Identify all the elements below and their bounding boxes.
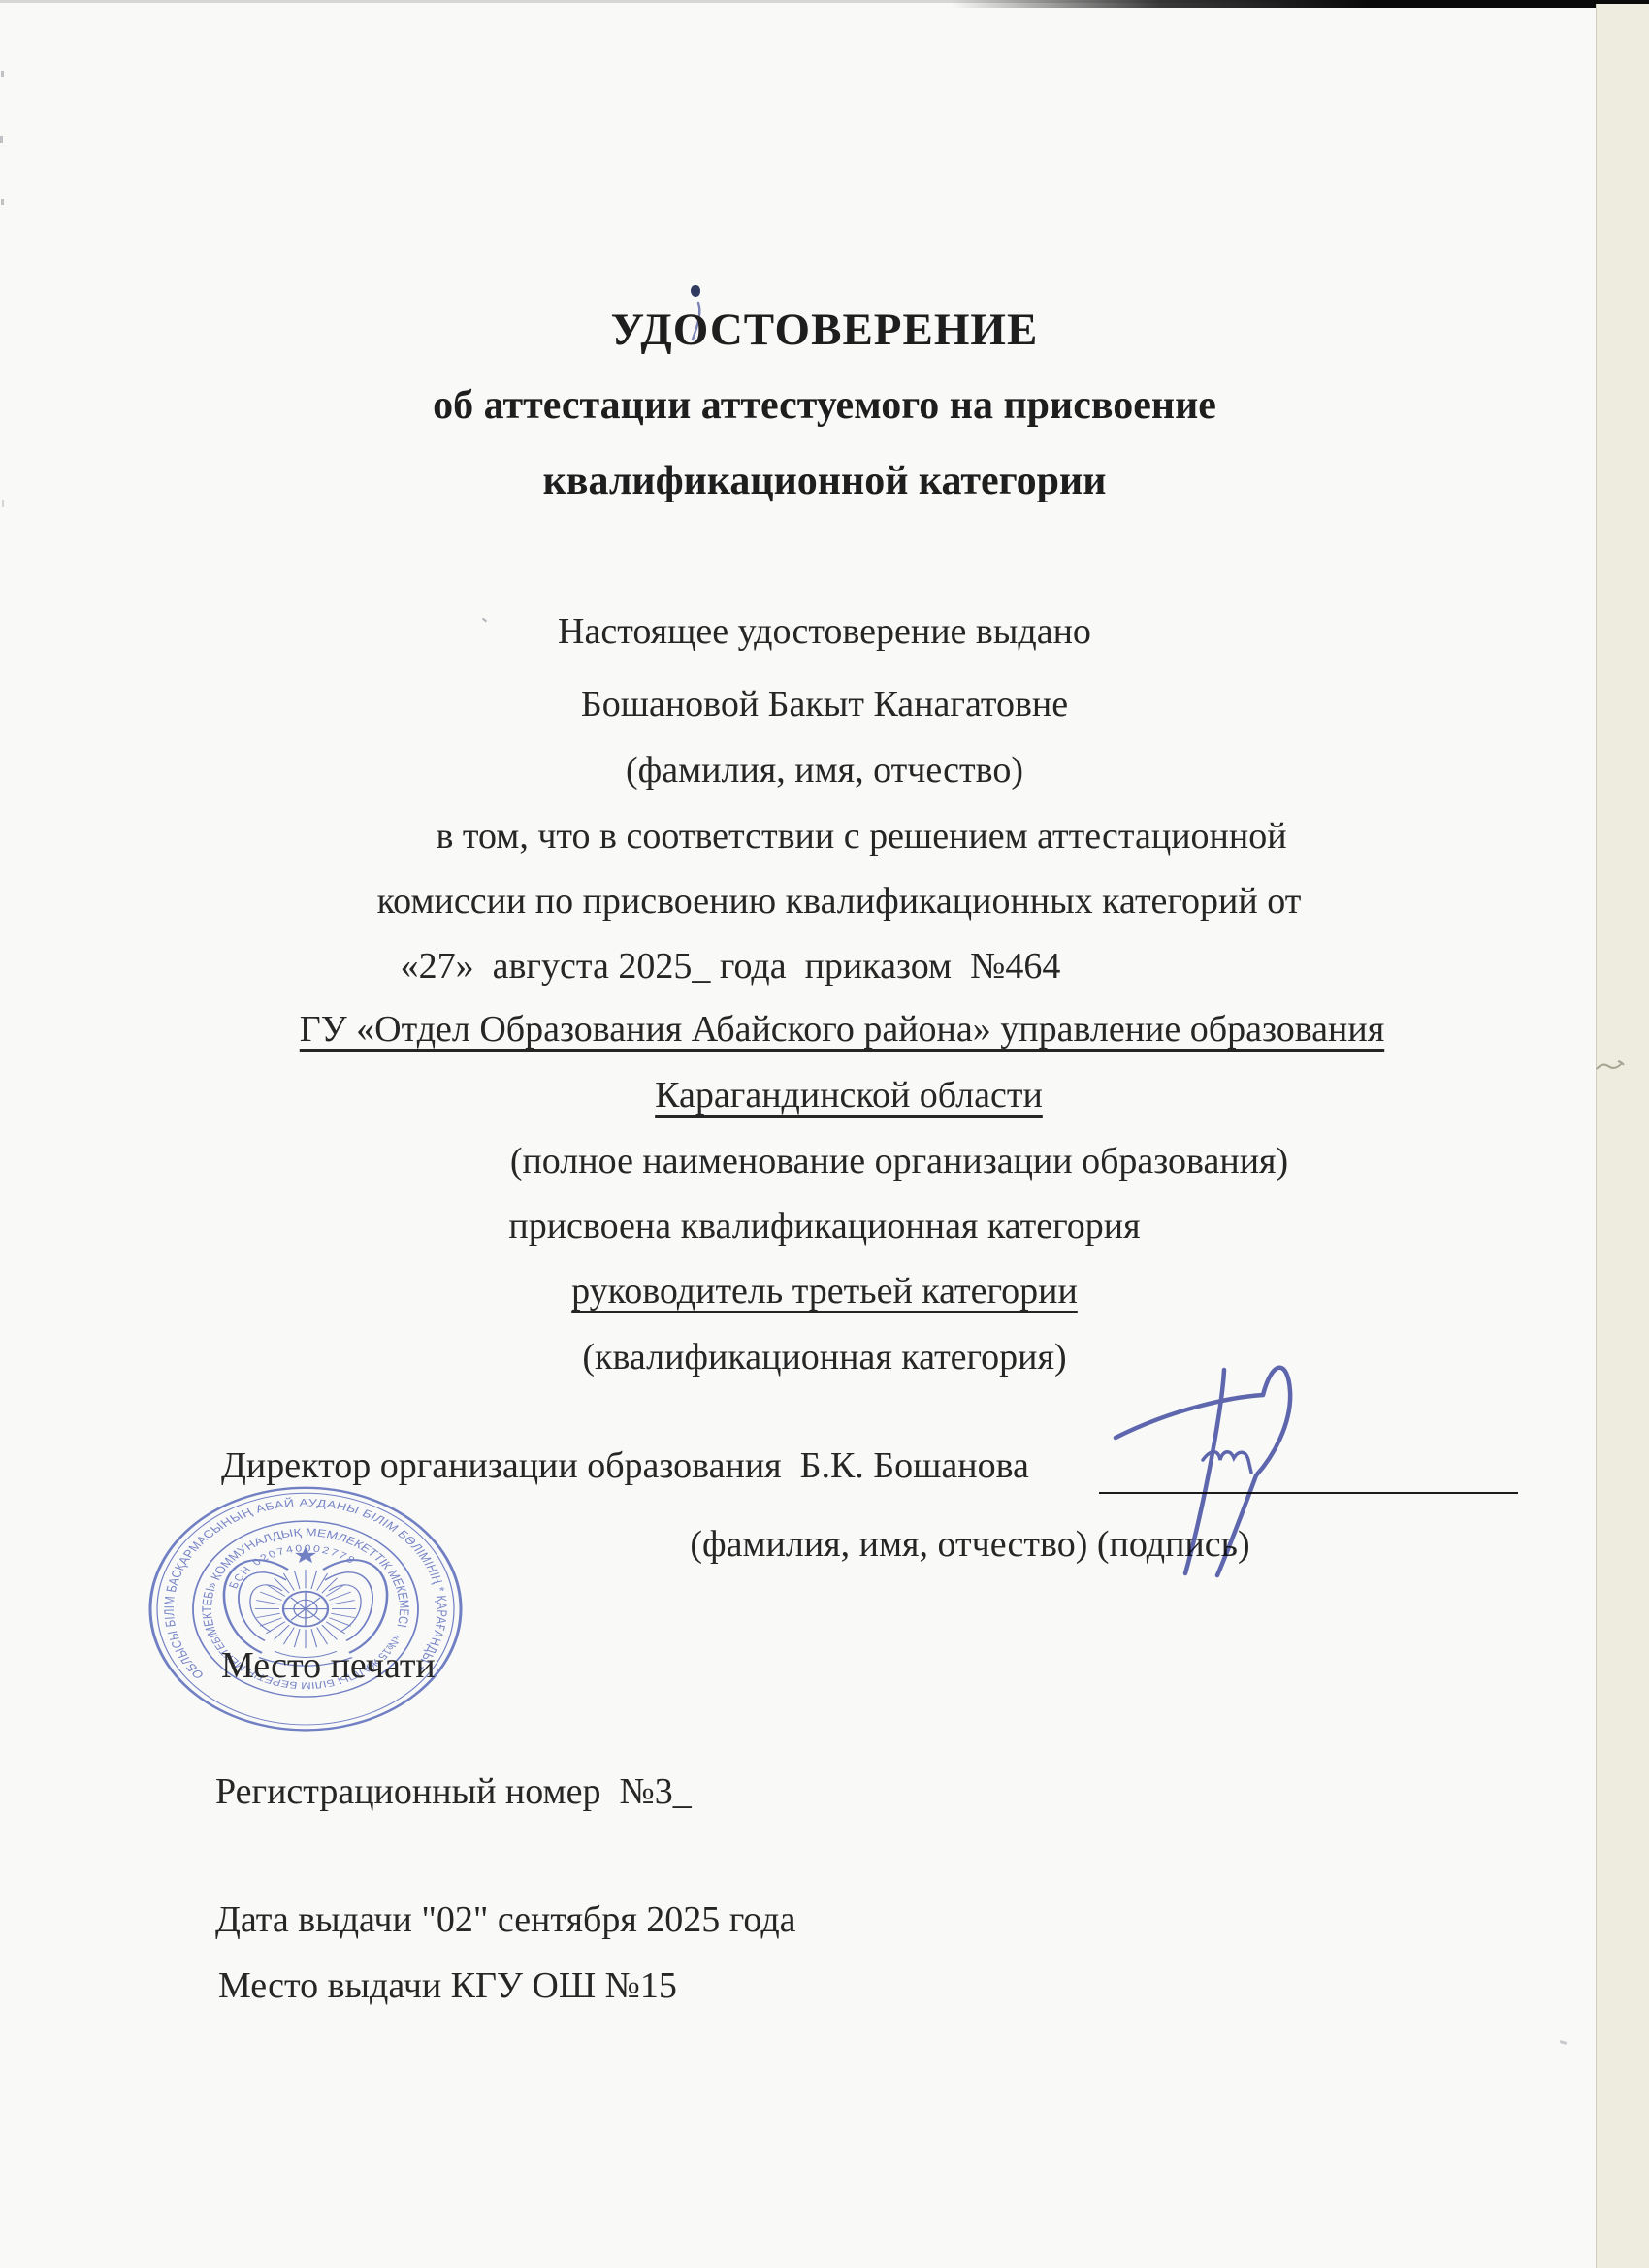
organization-line-2: Карагандинской области — [24, 1075, 1649, 1118]
signature — [1086, 1348, 1319, 1591]
issue-place-line: Место выдачи КГУ ОШ №15 — [218, 1965, 677, 2008]
round-stamp: ОБЛЫСЫ БІЛІМ БАСҚАРМАСЫНЫҢ АБАЙ АУДАНЫ Б… — [141, 1480, 470, 1737]
scan-speck — [1, 71, 4, 77]
category-intro: присвоена квалификационная категория — [0, 1206, 1649, 1248]
date-order-line: «27» августа 2025_ года приказом №464 — [0, 946, 1555, 988]
certificate-page: УДОСТОВЕРЕНИЕ об аттестации аттестуемого… — [0, 0, 1649, 2268]
certificate-title: УДОСТОВЕРЕНИЕ — [0, 304, 1649, 356]
registration-line: Регистрационный номер №3_ — [215, 1771, 692, 1814]
scan-speck — [1, 199, 4, 205]
category-value: руководитель третьей категории — [0, 1271, 1649, 1313]
issued-line: Настоящее удостоверение выдано — [0, 611, 1649, 654]
scan-speck — [0, 136, 3, 143]
scan-top-shadow — [951, 0, 1649, 8]
name-caption: (фамилия, имя, отчество) — [0, 750, 1649, 793]
stamp-place-caption: Место печати — [221, 1645, 436, 1688]
certificate-subtitle-1: об аттестации аттестуемого на присвоение — [0, 382, 1649, 429]
body-line-1: в том, что в соответствии с решением атт… — [37, 816, 1649, 859]
body-line-2: комиссии по присвоению квалификационных … — [15, 881, 1649, 923]
organization-caption: (полное наименование организации образов… — [75, 1141, 1649, 1183]
scan-speck — [1560, 2040, 1568, 2045]
organization-line-1: ГУ «Отдел Образования Абайского района» … — [17, 1009, 1649, 1052]
recipient-name: Бошановой Бакыт Канагатовне — [0, 684, 1649, 727]
issue-date-line: Дата выдачи "02" сентября 2025 года — [215, 1899, 796, 1942]
category-caption: (квалификационная категория) — [0, 1337, 1649, 1379]
ink-blot-dot — [691, 285, 700, 297]
certificate-subtitle-2: квалификационной категории — [0, 458, 1649, 504]
